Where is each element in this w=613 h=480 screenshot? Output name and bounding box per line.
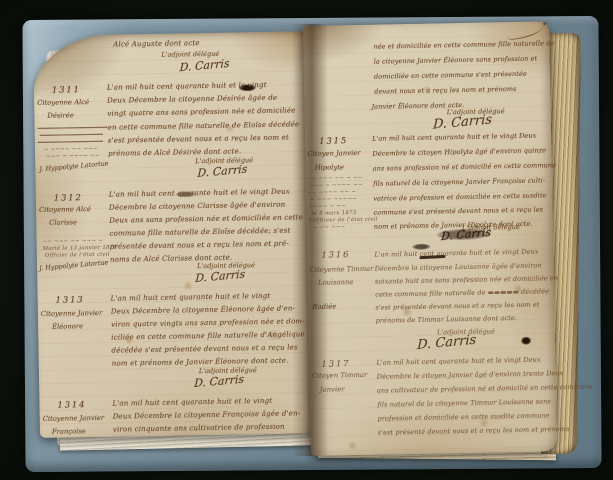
page-header-line: Alcé Auguste dont acte [113, 38, 200, 49]
entry-body-line: Deux Décembre la citoyenne Françoise âgé… [113, 408, 301, 420]
entry-body-line: Décembre le citoyen Janvier âgé d'enviro… [377, 369, 564, 381]
foxing-stain [182, 281, 193, 290]
entry-body-line: viron quatre vingts ans sans profession … [111, 316, 305, 328]
margin-name: Citoyen Timmar [312, 371, 368, 380]
entry-body-line: commune s'est présenté devant nous et a … [374, 205, 544, 216]
margin-name: Clarisse [49, 218, 77, 226]
scan-photo: Alcé Auguste dont acte L'adjoint délégué… [0, 0, 613, 480]
entry-body-line: fils naturel de la citoyenne Timmar Loui… [377, 397, 551, 408]
margin-annotation-line: ~~~ ~ ~~~~ ~~ [46, 153, 100, 161]
paraph-flourish-icon [505, 21, 545, 41]
entry-body-line: vingt quatre ans sans profession née et … [107, 105, 295, 117]
entry-body-line: vatrice de profession et domiciliée en c… [373, 191, 546, 202]
margin-name: Janvier [320, 385, 345, 393]
entry-body-line: Deux Décembre la citoyenne Éléonore âgée… [111, 303, 296, 315]
entry-body-line: s'est présenté devant nous et a reçu les… [378, 425, 570, 437]
entry-body-line: profession et domiciliée en cette susdit… [377, 411, 549, 422]
margin-name: Citoyenne Alcé [37, 98, 89, 107]
entry-body-line: soixante huit ans sans profession née et… [375, 274, 558, 286]
entry-body-line: en cette commune fille naturelle de Eloï… [108, 119, 300, 131]
margin-annotation-line: ~ ~~ ~~~ [313, 224, 346, 232]
entry-body-line: Deux ans sans profession née et domicili… [109, 212, 303, 224]
entry-number: 1315 [319, 136, 348, 147]
signature: D. Carris [179, 57, 230, 74]
signature: D. Carris [433, 112, 493, 132]
entry-number: 1312 [54, 193, 83, 204]
entry-body-line: domiciliée en cette commune s'est présen… [374, 70, 527, 81]
entry-body-line: née et domiciliée en cette commune fille… [373, 39, 554, 50]
entry-body-line: L'an mil huit cent quarante huit et le v… [111, 291, 271, 303]
signature: D. Carris [195, 268, 246, 285]
entry-body-line: nom et prénoms de Janvier Éléonore dont … [112, 356, 289, 368]
right-page: née et domiciliée en cette commune fille… [303, 21, 557, 456]
entry-body-line: ans sans profession né et domicilié en c… [373, 161, 556, 173]
margin-name: Désirée [47, 111, 74, 119]
entry-body-line: s'est présentée devant nous et a reçu le… [108, 133, 289, 145]
entry-number: 1311 [52, 85, 81, 96]
entry-number: 1316 [321, 250, 350, 261]
signature: D. Carris [194, 373, 245, 390]
margin-name: Éléonore [52, 322, 83, 331]
signature: D. Carris [417, 333, 477, 353]
entry-body-line: L'an mil huit cent quarante huit et le v… [374, 248, 538, 259]
entry-body-line: viron cinquante ans cultivatrice de prof… [113, 422, 285, 434]
entry-body-line: commune fille naturelle de Eloïse décédé… [109, 226, 290, 238]
margin-name: Françoise [52, 427, 86, 436]
margin-name: Citoyenne Alcé [39, 205, 91, 214]
foxing-stain [347, 441, 358, 450]
entry-body-line: la citoyenne Janvier Éléonore sans profe… [374, 55, 538, 66]
entry-body-line: Deux Décembre la citoyenne Désirée âgée … [107, 93, 277, 105]
strike-mark [419, 255, 445, 260]
margin-annotation-signature: J. Hyppolyte Latortue [39, 258, 109, 272]
left-page: Alcé Auguste dont acte L'adjoint délégué… [33, 31, 317, 438]
entry-body-line: s'est présentée devant nous et a reçu le… [375, 301, 539, 312]
entry-body-line: L'an mil huit cent quarante huit et le v… [376, 355, 540, 366]
margin-name: Citoyenne Janvier [43, 414, 105, 423]
signature: D. Carris [197, 162, 248, 179]
entry-body-line: Décembre la citoyenne Louisanne âgée d'e… [375, 261, 542, 272]
entry-body-line: L'an mil huit cent quarante huit et le v… [372, 132, 536, 143]
entry-number: 1314 [57, 400, 86, 411]
margin-name: Hipolyte [315, 163, 344, 172]
entry-body-line: prénoms de Timmar Louisanne dont acte. [376, 314, 518, 325]
margin-flag: Radiée [312, 302, 336, 310]
entry-body-line: L'an mil huit cent quarante huit et le v… [109, 187, 290, 199]
entry-body-line: Décembre le citoyen Hipolyte âgé d'envir… [372, 146, 546, 157]
entry-body-line: devant nous et a reçu les nom et prénoms [374, 85, 516, 96]
margin-name: Citoyenne Timmar [310, 265, 374, 274]
margin-name: Louisanne [318, 278, 354, 287]
margin-annotation-signature: J. Hyppolyte Latortue [39, 159, 109, 173]
margin-name: Citoyen Janvier [307, 149, 360, 158]
entry-number: 1313 [56, 295, 85, 306]
entry-body-line: fils naturel de la citoyenne Janvier Fra… [373, 176, 545, 187]
entry-body-line: présentée devant nous et a reçu les nom … [110, 239, 289, 251]
entry-body-line: L'an mil huit cent quarante huit et le v… [112, 396, 272, 408]
entry-body-line: cette commune fille naturelle de ▬▬▬▬▬ d… [375, 287, 549, 298]
entry-body-line: décédée s'est présentée devant nous et a… [111, 342, 297, 354]
ink-blot [521, 337, 531, 345]
entry-body-line: Décembre la citoyenne Clarisse âgée d'en… [109, 200, 285, 212]
margin-name: Citoyenne Janvier [41, 309, 103, 318]
entry-number: 1317 [321, 359, 350, 370]
